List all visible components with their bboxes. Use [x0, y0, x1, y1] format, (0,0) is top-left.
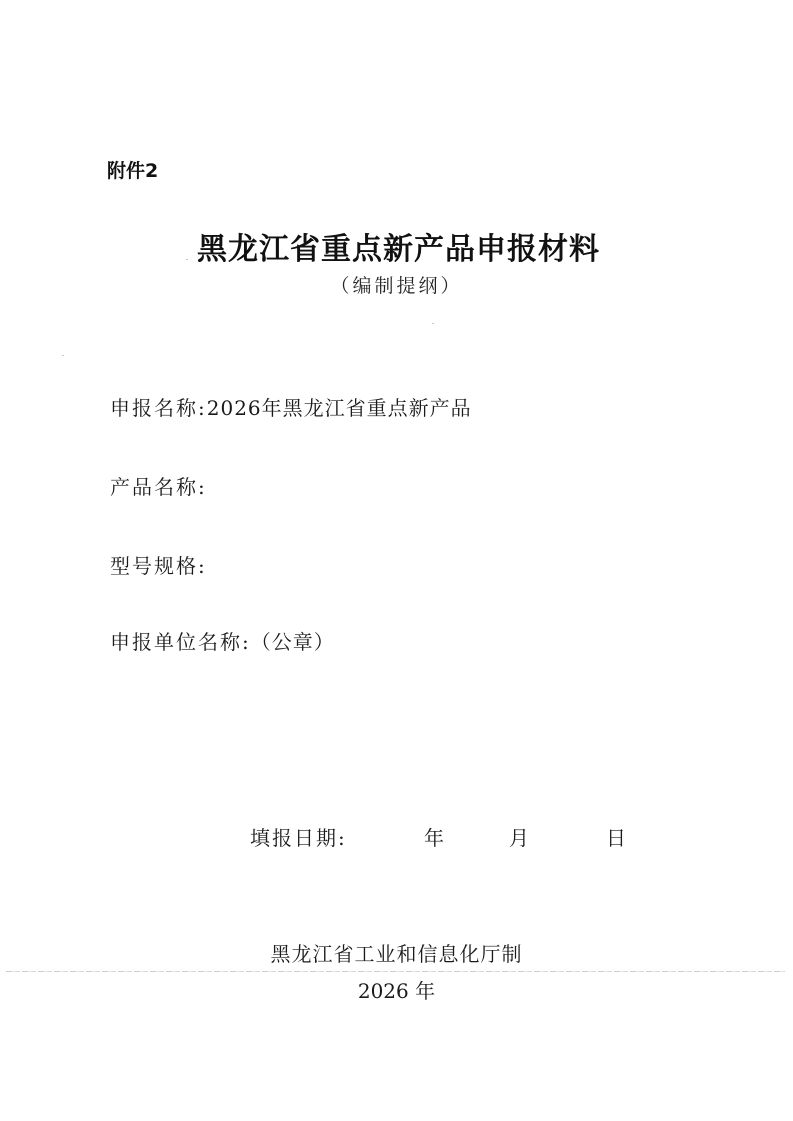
- document-subtitle: （编制提纲）: [0, 271, 793, 298]
- field-applicant-unit: 申报单位名称:（公章）: [110, 626, 335, 655]
- fill-date-year-unit: 年: [424, 822, 446, 851]
- fill-date-label: 填报日期:: [250, 822, 347, 851]
- field-application-name: 申报名称:2026年黑龙江省重点新产品: [110, 392, 472, 421]
- document-year: 2026 年: [0, 975, 793, 1004]
- field-model-spec: 型号规格:: [110, 550, 207, 579]
- scan-speck: [62, 355, 64, 356]
- field-label: 产品名称:: [110, 475, 207, 499]
- scan-artifact-line: [6, 971, 785, 972]
- fill-date-month-unit: 月: [509, 822, 531, 851]
- scan-speck: [186, 259, 188, 260]
- scan-speck: [432, 323, 434, 324]
- attachment-label: 附件2: [107, 156, 158, 183]
- field-label: 型号规格:: [110, 554, 207, 578]
- fill-date-day-unit: 日: [606, 822, 628, 851]
- document-title: 黑龙江省重点新产品申报材料: [0, 224, 793, 268]
- issuer: 黑龙江省工业和信息化厅制: [0, 938, 793, 967]
- field-product-name: 产品名称:: [110, 471, 207, 500]
- field-value: （公章）: [251, 630, 335, 654]
- field-label: 申报名称:: [110, 396, 207, 420]
- field-value: 2026年黑龙江省重点新产品: [207, 396, 472, 420]
- field-label: 申报单位名称:: [110, 630, 251, 654]
